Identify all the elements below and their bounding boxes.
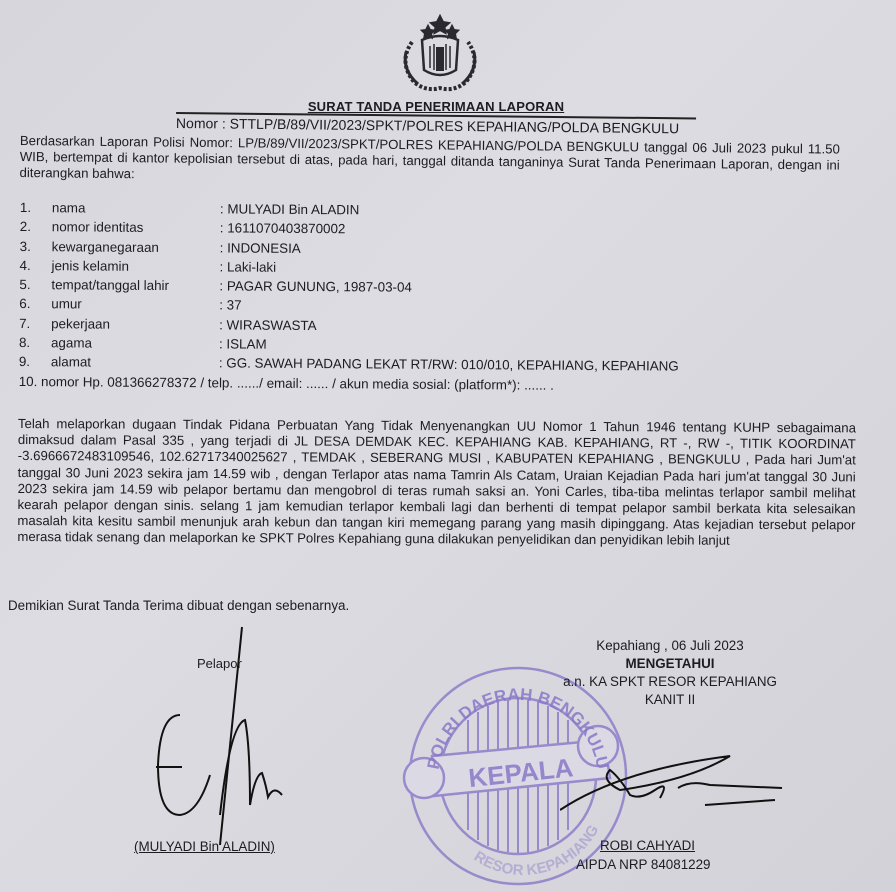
field-number: 4. <box>19 258 47 273</box>
document-title: SURAT TANDA PENERIMAAN LAPORAN <box>0 99 884 114</box>
pelapor-name: (MULYADI Bin ALADIN) <box>134 839 275 854</box>
field-number: 3. <box>20 239 48 254</box>
field-label: alamat <box>51 355 91 370</box>
document-number: Nomor : STTLP/B/89/VII/2023/SPKT/POLRES … <box>176 112 696 136</box>
field-value: : GG. SAWAH PADANG LEKAT RT/RW: 010/010,… <box>219 356 679 374</box>
field-label: tempat/tanggal lahir <box>51 277 169 293</box>
place-date: Kepahiang , 06 Juli 2023 <box>520 637 820 655</box>
on-behalf-of: a.n. KA SPKT RESOR KEPAHIANG <box>520 673 820 691</box>
officer-name: ROBI CAHYADI <box>600 838 695 853</box>
field-label: nama <box>52 200 86 215</box>
field-value: : MULYADI Bin ALADIN <box>220 201 360 217</box>
officer-nrp: AIPDA NRP 84081229 <box>576 857 711 872</box>
field-label: kewarganegaraan <box>52 239 159 255</box>
document-page: SURAT TANDA PENERIMAAN LAPORAN Nomor : S… <box>0 0 896 892</box>
field-value: : PAGAR GUNUNG, 1987-03-04 <box>219 279 412 295</box>
field-label: pekerjaan <box>51 316 110 331</box>
contact-line: 10. nomor Hp. 081366278372 / telp. .....… <box>19 374 554 393</box>
officer-position: KANIT II <box>520 691 820 709</box>
field-number: 1. <box>20 200 48 215</box>
polri-emblem-icon <box>392 12 488 96</box>
field-label: jenis kelamin <box>51 258 129 274</box>
intro-paragraph: Berdasarkan Laporan Polisi Nomor: LP/B/8… <box>19 133 839 190</box>
field-value: : INDONESIA <box>220 240 301 256</box>
field-number: 2. <box>20 219 48 234</box>
field-number: 7. <box>19 316 47 331</box>
field-number: 6. <box>19 296 47 311</box>
field-value: : ISLAM <box>219 336 267 351</box>
report-body: Telah melaporkan dugaan Tindak Pidana Pe… <box>17 416 856 550</box>
authority-block: Kepahiang , 06 Juli 2023 MENGETAHUI a.n.… <box>520 637 820 709</box>
field-label: agama <box>51 335 92 350</box>
field-value: : 1611070403870002 <box>220 221 346 237</box>
field-label: umur <box>51 297 82 312</box>
field-label: nomor identitas <box>52 220 144 236</box>
field-number: 5. <box>19 277 47 292</box>
mengetahui-label: MENGETAHUI <box>520 655 820 673</box>
pelapor-label: Pelapor <box>197 656 242 671</box>
reporter-fields: 1. nama : MULYADI Bin ALADIN 2. nomor id… <box>19 200 840 399</box>
field-number: 8. <box>19 335 47 350</box>
field-value: : Laki-laki <box>219 259 276 274</box>
field-number: 9. <box>19 354 47 369</box>
field-value: : WIRASWASTA <box>219 317 317 333</box>
field-value: : 37 <box>219 298 241 313</box>
closing-statement: Demikian Surat Tanda Terima dibuat denga… <box>8 598 349 613</box>
